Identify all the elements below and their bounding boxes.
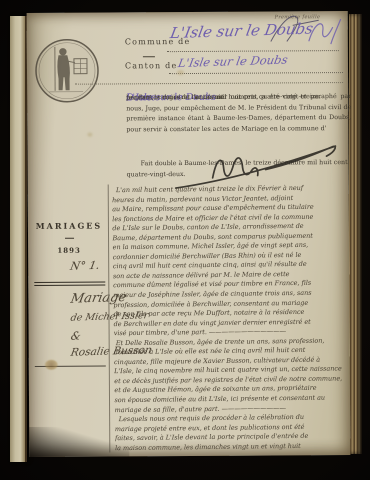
foxing-spot bbox=[87, 133, 92, 137]
canton-ruled-line bbox=[169, 72, 343, 74]
margin-section-title: MARIAGES bbox=[32, 221, 106, 231]
margin-double-rule bbox=[34, 282, 105, 286]
divider-dash bbox=[143, 56, 155, 57]
margin-dash bbox=[65, 238, 74, 239]
blank-ruled-line bbox=[75, 82, 343, 85]
act-body-text: L'an mil huit cent quatre vingt treize l… bbox=[112, 183, 353, 456]
corner-shadow bbox=[29, 426, 129, 457]
ink-flourish-icon bbox=[303, 17, 349, 49]
foxing-spot bbox=[177, 70, 184, 75]
ink-stain bbox=[45, 360, 58, 370]
register-photo: Première feuille Commune de L'Isle sur l… bbox=[0, 0, 370, 480]
register-page: Première feuille Commune de L'Isle sur l… bbox=[27, 11, 351, 457]
previous-page-edge bbox=[10, 16, 27, 462]
preamble-paragraph: Le présent registre, contenant Douze feu… bbox=[126, 92, 351, 93]
canton-label: Canton de bbox=[125, 61, 177, 70]
commune-ruled-line bbox=[167, 50, 339, 52]
margin-year: 1893 bbox=[32, 246, 106, 255]
preamble-tail: pendant le cours de l'année mil huit cen… bbox=[126, 92, 321, 104]
canton-value: L'Isle sur le Doubs bbox=[177, 53, 289, 71]
fiscal-stamp-icon bbox=[33, 35, 101, 107]
